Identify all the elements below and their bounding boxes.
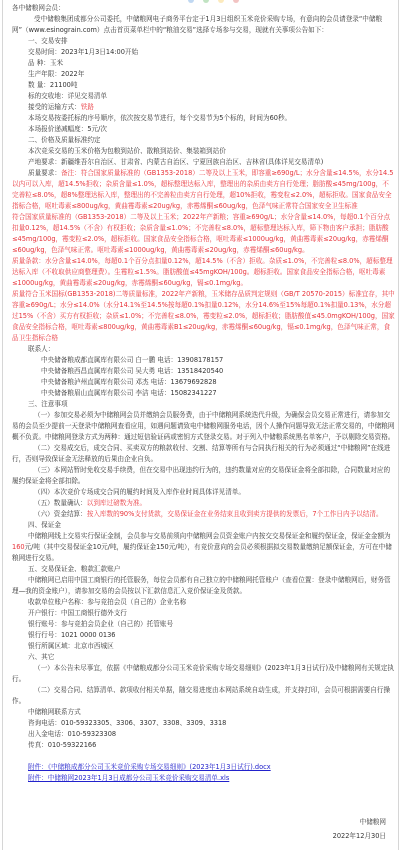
trade-time: 交易时间：2023年1月3日14:00开始 xyxy=(12,47,395,58)
contact-line: 中央储备粮西昌直属库有限公司 吴大勇 电话：13518420540 xyxy=(12,366,395,377)
bank-account: 银行账号：参与竞拍会员企业（自己的）托管账号 xyxy=(12,619,395,630)
quality-requirement-4: 质量符合玉米国标(GB1353-2018)二等质量标准，2022年产新粮，玉米储… xyxy=(12,289,395,344)
document-frame: 各中储粮网会员： 受中储粮集团成都分公司委托，中储粮网电子商务平台定于1月3日组… xyxy=(2,0,399,850)
notice-item-3: （三）本网站暂时免收交易手续费，但在交易中出现违约行为的，违约数量对应的交易保证… xyxy=(12,465,395,487)
label: 交易时间： xyxy=(28,48,61,56)
value: 备注：符合国家质量标准的（GB1353-2018）二等及以上玉米，即容重≥690… xyxy=(12,169,393,210)
label: 生产年限： xyxy=(28,70,61,78)
bank-name: 开户银行：中国工商银行德外支行 xyxy=(12,608,395,619)
notice-item-5: （五）数量确认：以到库过磅数为准。 xyxy=(12,498,395,509)
contact-line: 中央储备粮眉山直属库有限公司 李洁 电话：15082341227 xyxy=(12,388,395,399)
fax: 传真：010-59322166 xyxy=(12,740,395,751)
value: 以到库过磅数为准。 xyxy=(87,499,146,507)
value: 详见交易清单 xyxy=(68,92,108,100)
bank-region: 银行所属区域：北京市西城区 xyxy=(12,641,395,652)
label: 品 种： xyxy=(28,59,50,67)
label: （六）资金结算： xyxy=(34,510,87,518)
label: 质量要求： xyxy=(28,169,61,177)
value: 玉米 xyxy=(50,59,63,67)
deposit-amount: 160 xyxy=(12,543,25,551)
label: 接受的运输方式： xyxy=(28,103,81,111)
contact-line: 中央储备粮泸州直属库有限公司 邓杰 电话：13679692828 xyxy=(12,377,395,388)
bank-code: 银行行号：1021 0000 0136 xyxy=(12,630,395,641)
greeting: 各中储粮网会员： xyxy=(12,3,395,14)
signature-org: 中储粮网 xyxy=(360,817,386,828)
section6-title: 六、其它 xyxy=(12,652,395,663)
value: 铁路 xyxy=(81,103,94,111)
other-item-2: （二）交易合同、结算清单、款项收付相关单据，随交易进度由本网站系统自动生成，并支… xyxy=(12,685,395,707)
transport-method: 接受的运输方式：铁路 xyxy=(12,102,395,113)
production-year: 生产年限：2022年 xyxy=(12,69,395,80)
label: 数 量： xyxy=(28,81,50,89)
section2-title: 二、价格及质量标准约定 xyxy=(12,135,395,146)
contacts-title: 联系人： xyxy=(12,344,395,355)
announcement-body: 各中储粮网会员： 受中储粮集团成都分公司委托，中储粮网电子商务平台定于1月3日组… xyxy=(12,3,395,784)
attachment-rules-link[interactable]: 附件：《中储粮成都分公司玉米竞价采购专场交易细则》(2023年1月3日试行).d… xyxy=(28,763,271,771)
notice-item-4: （四）本次竞价专场成交合同的履约时间及入库作业时间具体详见清单。 xyxy=(12,487,395,498)
section1-title: 一、交易安排 xyxy=(12,36,395,47)
attachment-list-link[interactable]: 附件：中储粮网2023年1月3日成都分公司玉米竞价采购交易清单.xls xyxy=(28,774,229,782)
label: 标的交收地： xyxy=(28,92,68,100)
price-basis: 本次竞采交易的玉米价格为包粮到站价、散粮到站价、集装箱到站价 xyxy=(12,146,395,157)
text: 元/吨（其中交易保证金10元/吨，履约保证金150元/吨），有竞价意向的会员必须… xyxy=(12,543,392,562)
value: 2023年1月3日14:00开始 xyxy=(61,48,138,56)
value: 21100吨 xyxy=(50,81,78,89)
text: 中储粮网线上交易实行保证金制，会员参与交易前须向中储粮网会员资金账户内按交交易保… xyxy=(28,532,391,540)
other-item-1: （一）本公告未尽事宜，依据《中储粮成都分公司玉米竞价采购专场交易细则》(2023… xyxy=(12,663,395,685)
quality-requirement-1: 质量要求：备注：符合国家质量标准的（GB1353-2018）二等及以上玉米，即容… xyxy=(12,168,395,212)
value: 2022年 xyxy=(61,70,84,78)
section4-title: 四、保证金 xyxy=(12,520,395,531)
deposit-paragraph: 中储粮网线上交易实行保证金制，会员参与交易前须向中储粮网会员资金账户内按交交易保… xyxy=(12,531,395,564)
quantity: 数 量：21100吨 xyxy=(12,80,395,91)
variety: 品 种：玉米 xyxy=(12,58,395,69)
delivery-place: 标的交收地：详见交易清单 xyxy=(12,91,395,102)
price-step: 本场报价递减幅度：5元/次 xyxy=(12,124,395,135)
quality-requirement-2: 符合国家质量标准的（GB1353-2018）二等及以上玉米；2022年产新粮；容… xyxy=(12,212,395,256)
account-paragraph: 中储粮网已启用中国工商银行的托管服务，每位会员都有自己独立的中储粮网托管账户（查… xyxy=(12,575,395,597)
label: （五）数量确认： xyxy=(34,499,87,507)
notice-item-2: （二）交易成交后，成交合同、买卖双方的粮款收付、交割、结算等所有与合同执行相关的… xyxy=(12,443,395,465)
origin-requirement: 产地要求：新疆维吾尔自治区、甘肃省、内蒙古自治区、宁夏回族自治区、吉林省(具体详… xyxy=(12,157,395,168)
section3-title: 三、注意事项 xyxy=(12,399,395,410)
account-name: 收款单位账户名称：参与竞拍会员（自己的）企业名称 xyxy=(12,597,395,608)
consult-phone: 咨询电话：010-59323305、3306、3307、3308、3309、33… xyxy=(12,718,395,729)
notice-item-6: （六）资金结算：按入库数的90%支付货款，交易保证金在业务结束且收到卖方提供的发… xyxy=(12,509,395,520)
section5-title: 五、交易保证金、粮款汇款账户 xyxy=(12,564,395,575)
contact-title: 中储粮网联系方式 xyxy=(12,707,395,718)
intro-paragraph: 受中储粮集团成都分公司委托，中储粮网电子商务平台定于1月3日组织玉米竞价采购专场… xyxy=(12,14,395,36)
signature-date: 2022年12月30日 xyxy=(333,831,386,842)
value: 按入库数的90%支付货款，交易保证金在业务结束且收到卖方提供的发票后，7个工作日… xyxy=(87,510,383,518)
finance-phone: 出入金电话：010-59323308 xyxy=(12,729,395,740)
notice-item-1: （一）参加交易必须为中储粮网会员并缴纳会员服务费，由于中储粮网系统迭代升级，为确… xyxy=(12,410,395,443)
quality-requirement-3: 质量条款：水分含量≤14.0%，每超0.1个百分点扣量0.12%，超14.5%（… xyxy=(12,256,395,289)
trade-rule: 本场交易按委托标的序号顺序，依次按交易节进行，每个交易节为5个标的，时间为60秒… xyxy=(12,113,395,124)
contact-line: 中央储备粮成都直属库有限公司 白一鹏 电话：13908178157 xyxy=(12,355,395,366)
